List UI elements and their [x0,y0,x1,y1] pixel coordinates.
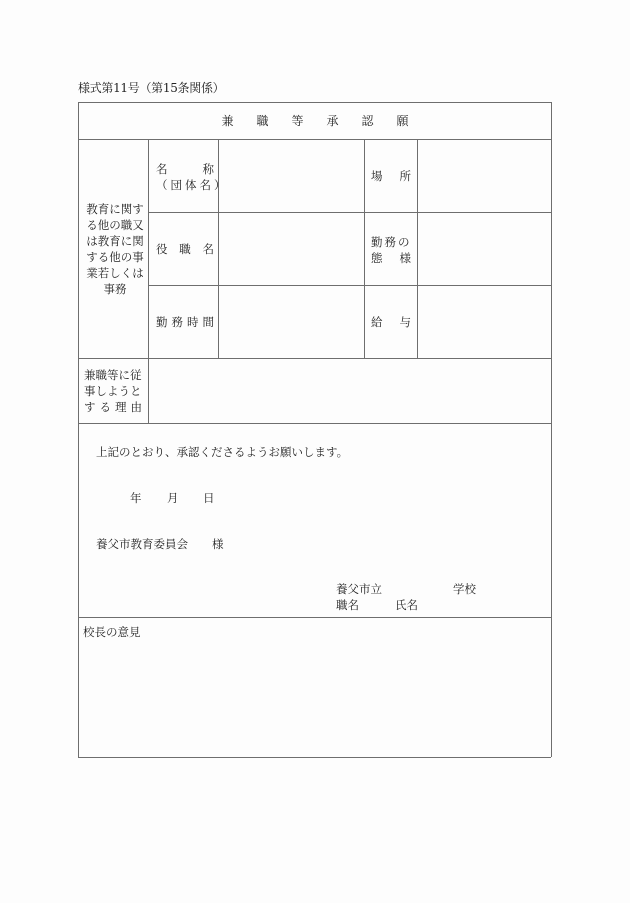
label-char: 与 [400,314,412,330]
reason-field[interactable] [149,359,551,423]
label-char: 名 [203,241,215,257]
work-style-label: 勤務の 態様 [371,234,411,266]
label-line: （団体名） [156,177,214,193]
label-line: 勤務の [371,234,411,250]
location-field[interactable] [418,140,551,212]
name-label: 氏名 [395,597,418,613]
label-char: 役 [156,241,168,257]
divider [364,139,365,358]
label-char: 給 [371,314,383,330]
position-label: 職名 [336,597,359,613]
table-border-right [551,102,552,757]
label-line: 教育に関す [84,201,146,217]
label-line: 事務 [84,281,146,297]
position-field[interactable] [362,597,392,613]
date-field[interactable] [96,488,221,508]
working-hours-label: 勤務時間 [156,314,214,330]
reason-label: 兼職等に従 事しようと する理由 [84,367,146,415]
table-border-top [78,102,551,103]
label-char: 様 [400,250,412,266]
divider [78,617,551,618]
label-char: 態 [371,250,383,266]
school-name-field[interactable] [384,581,450,597]
organization-name-field[interactable] [219,140,364,212]
label-line: 事しようと [84,383,146,399]
label-char: 名 [156,161,168,177]
label-char: 称 [203,161,215,177]
school-suffix: 学校 [453,581,476,597]
label-char: 場 [371,168,383,184]
addressee-honorific: 様 [212,536,224,552]
school-prefix: 養父市立 [336,581,382,597]
label-char: 時 [187,314,199,330]
salary-field[interactable] [418,286,551,358]
position-title-label: 役職名 [156,241,214,257]
label-line: 業若しくは [84,265,146,281]
label-line: 兼職等に従 [84,367,146,383]
title-char: 兼 [210,113,245,129]
form-title: 兼職等承認願 [210,113,420,129]
title-char: 認 [350,113,385,129]
salary-label: 給与 [371,314,411,330]
table-border-bottom [78,757,551,758]
working-hours-field[interactable] [219,286,364,358]
label-line: する理由 [84,399,146,415]
label-char: 務 [172,314,184,330]
position-title-field[interactable] [219,213,364,285]
title-char: 承 [315,113,350,129]
name-field[interactable] [420,597,545,613]
request-statement: 上記のとおり、承認くださるようお願いします。 [96,444,348,460]
addressee: 養父市教育委員会 [96,536,188,552]
label-char: 職 [179,241,191,257]
form-number: 様式第11号（第15条関係） [78,79,224,96]
label-line: する他の事 [84,249,146,265]
label-char: 勤 [156,314,168,330]
work-style-field[interactable] [418,213,551,285]
title-char: 願 [385,113,420,129]
principal-opinion-field[interactable] [79,642,551,757]
label-char: 間 [203,314,215,330]
label-line: は教育に関 [84,233,146,249]
other-duty-label: 教育に関す る他の職又 は教育に関 する他の事 業若しくは 事務 [84,201,146,297]
title-char: 職 [245,113,280,129]
organization-name-label: 名称 （団体名） [156,161,214,193]
location-label: 場所 [371,168,411,184]
label-char: 所 [400,168,412,184]
title-char: 等 [280,113,315,129]
divider [78,423,551,424]
principal-opinion-label: 校長の意見 [83,624,141,640]
label-line: る他の職又 [84,217,146,233]
